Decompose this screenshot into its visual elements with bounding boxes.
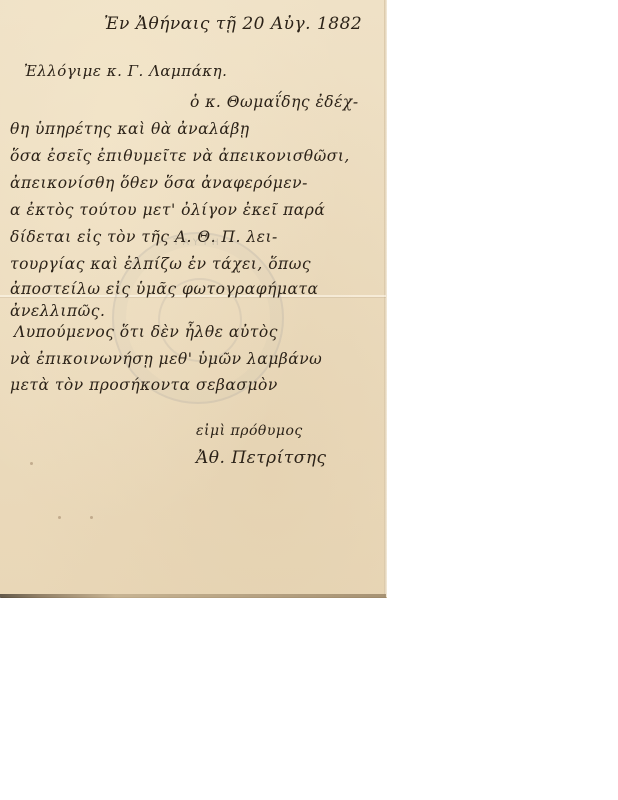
closing-paragraph-line: νὰ ἐπικοινωνήσῃ μεθ' ὑμῶν λαμβάνω — [10, 350, 322, 368]
body-line: ἀπεικονίσθη ὅθεν ὅσα ἀναφερόμεν- — [10, 174, 308, 192]
body-line: δίδεται εἰς τὸν τῆς Α. Θ. Π. λει- — [10, 228, 278, 246]
body-line: ὅσα ἐσεῖς ἐπιθυμεῖτε νὰ ἀπεικονισθῶσι, — [10, 147, 350, 165]
body-line: τουργίας καὶ ἐλπίζω ἐν τάχει, ὅπως — [10, 255, 311, 273]
closing-paragraph-line: μετὰ τὸν προσήκοντα σεβασμὸν — [10, 376, 278, 394]
letter-dateline: Ἐν Ἀθήναις τῇ 20 Αὐγ. 1882 — [104, 14, 362, 34]
body-line: ἀποστείλω εἰς ὑμᾶς φωτογραφήματα — [10, 280, 318, 298]
letter-closing: εἰμὶ πρόθυμος — [196, 423, 303, 439]
letter-salutation: Ἐλλόγιμε κ. Γ. Λαμπάκη. — [24, 62, 227, 80]
paper-spot — [90, 516, 93, 519]
letter-signature: Ἀθ. Πετρίτσης — [196, 448, 327, 468]
body-line: α ἐκτὸς τούτου μετ' ὀλίγον ἐκεῖ παρά — [10, 201, 325, 219]
body-line: θη ὑπηρέτης καὶ θὰ ἀναλάβῃ — [10, 120, 250, 138]
closing-paragraph-line: Λυπούμενος ὅτι δὲν ἦλθε αὐτὸς — [14, 323, 278, 341]
body-line: ἀνελλιπῶς. — [10, 302, 105, 320]
paper-spot — [58, 516, 61, 519]
paper-right-edge — [384, 0, 387, 597]
paper-bottom-edge — [0, 594, 386, 598]
body-line: ὁ κ. Θωμαΐδης ἐδέχ- — [190, 93, 359, 111]
letter-paper: ΤΑΥΤΗ Ἐν Ἀθήναις τῇ 20 Αὐγ. 1882 Ἐλλόγιμ… — [0, 0, 386, 597]
paper-spot — [30, 462, 33, 465]
